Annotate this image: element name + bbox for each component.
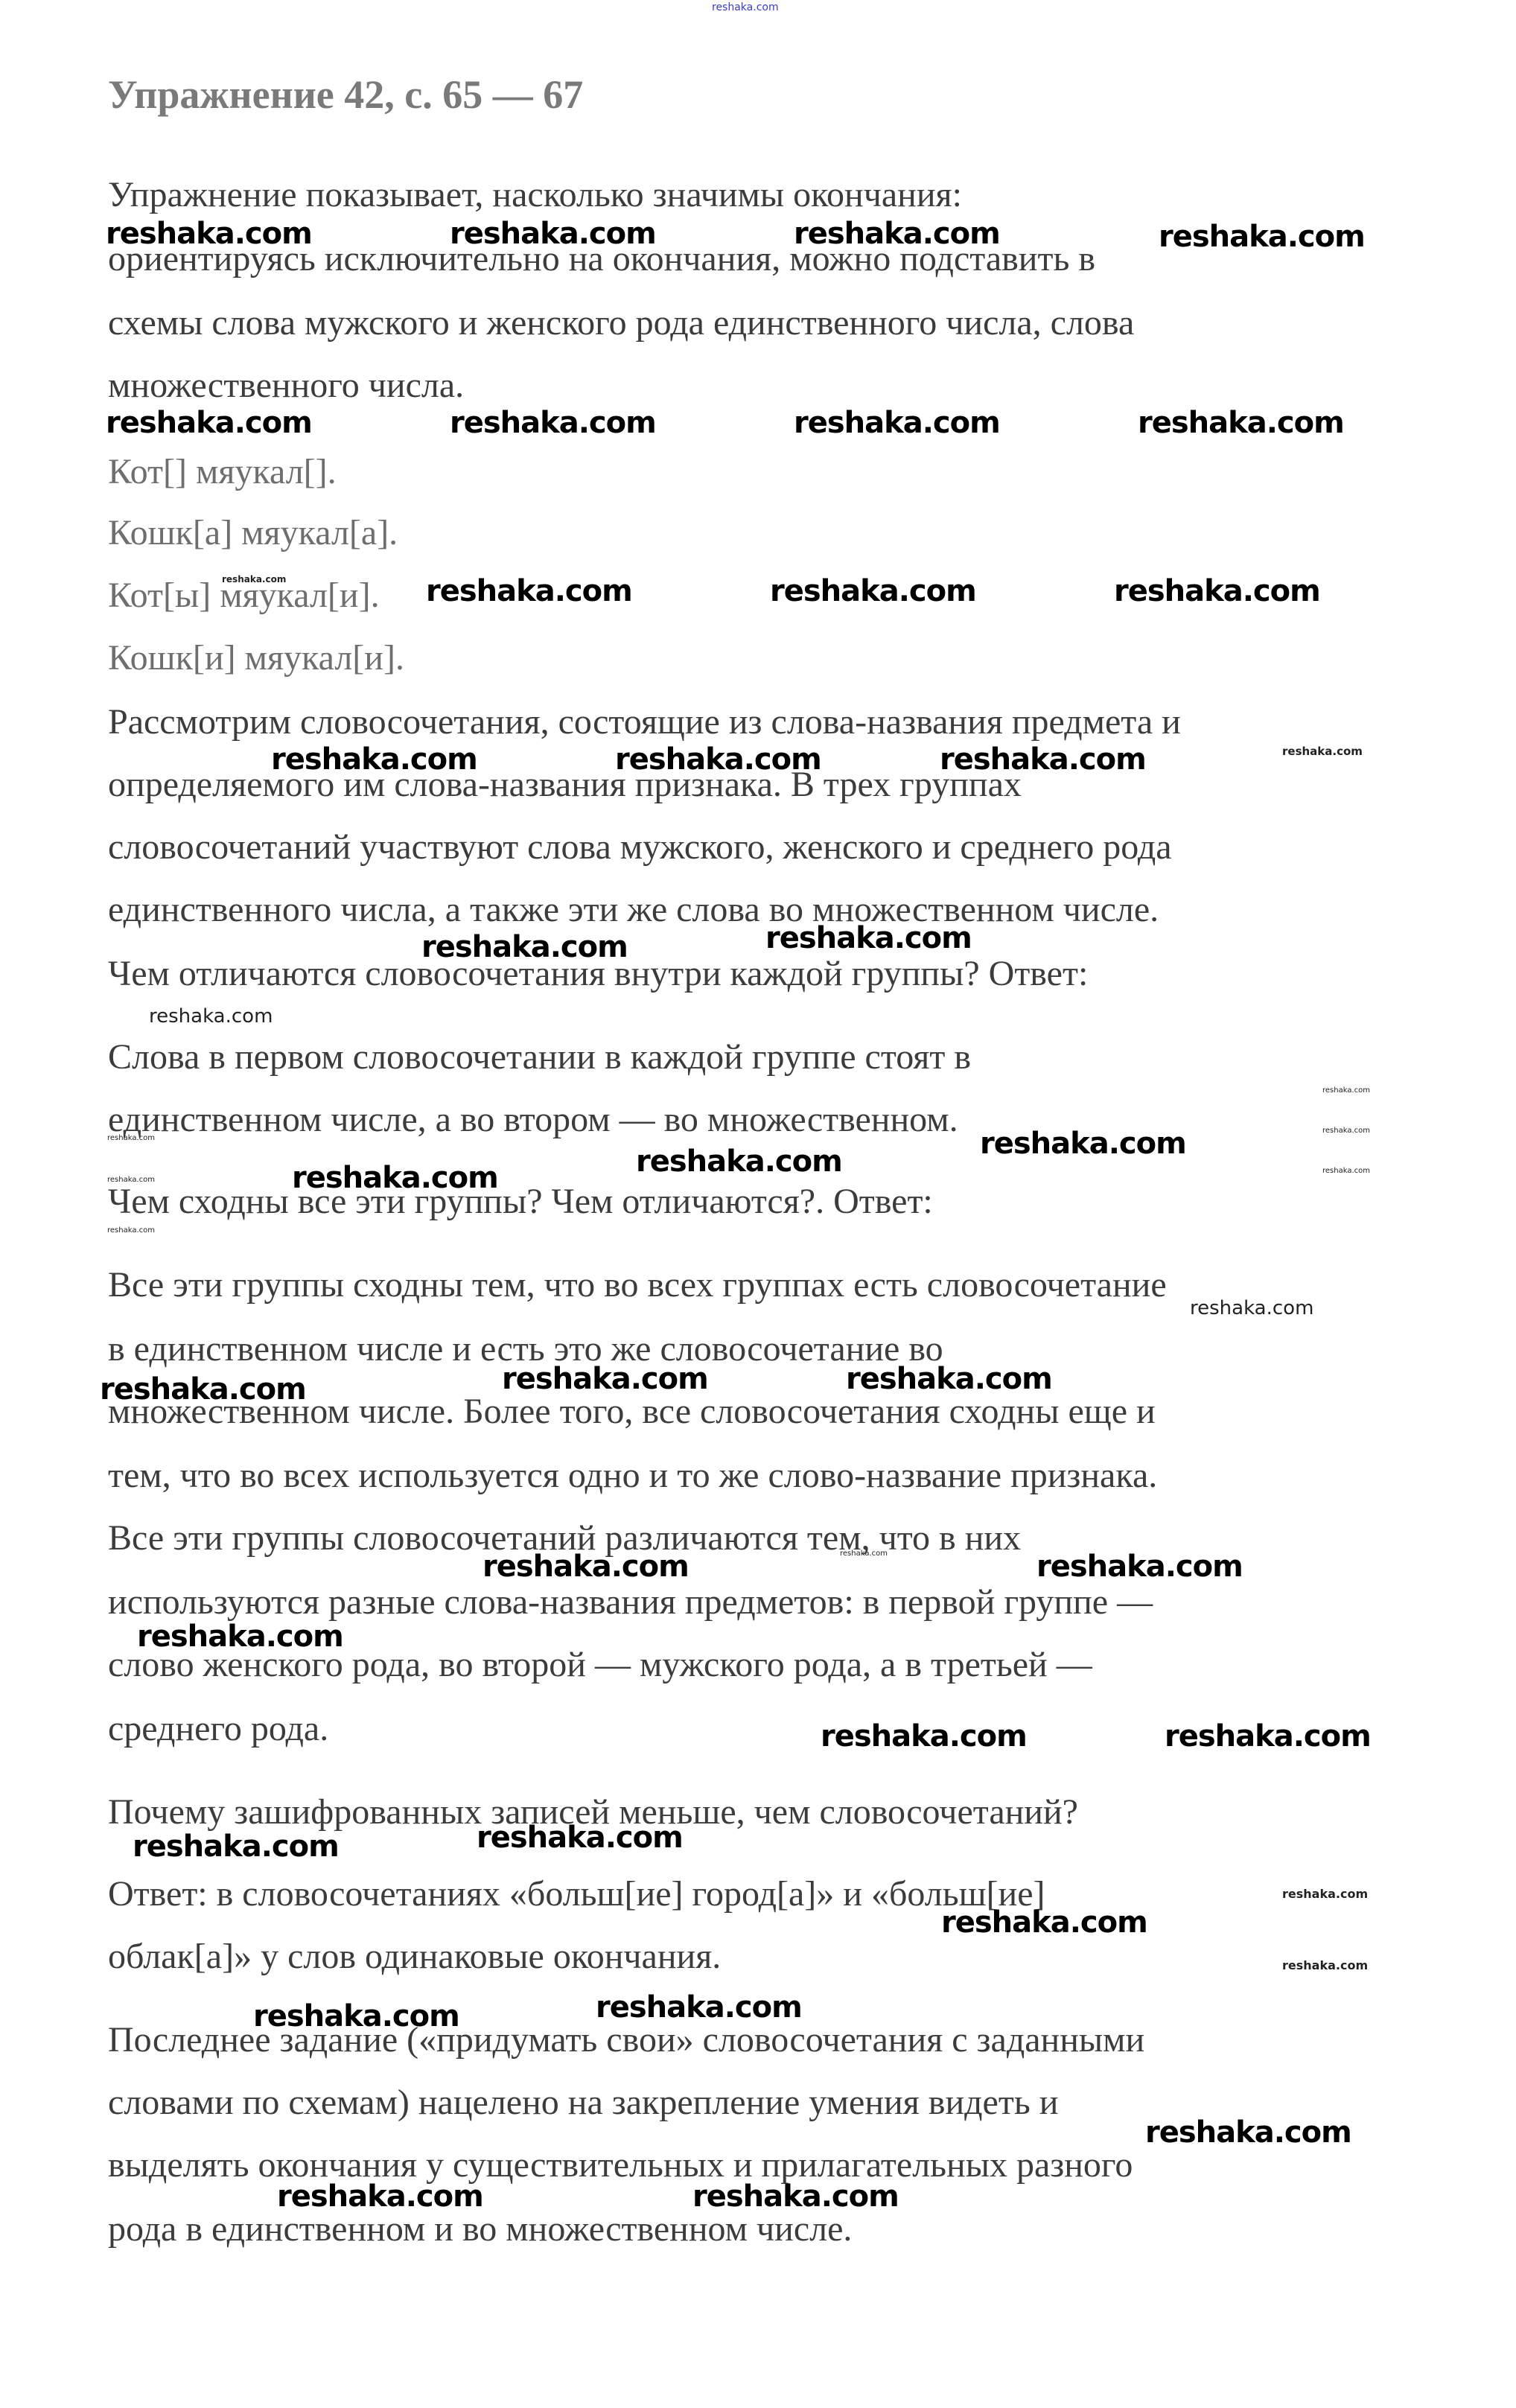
site-mark[interactable]: reshaka.com: [712, 1, 779, 13]
watermark: reshaka.com: [846, 1364, 1052, 1394]
watermark: reshaka.com: [149, 1007, 273, 1026]
watermark: reshaka.com: [821, 1721, 1027, 1751]
watermark-small: reshaka.com: [1322, 1087, 1370, 1095]
watermark-small: reshaka.com: [222, 575, 286, 584]
answer-line: используются разные слова-названия предм…: [108, 1584, 1153, 1620]
body-line: определяемого им слова-названия признака…: [108, 767, 1022, 803]
watermark: reshaka.com: [794, 408, 1000, 438]
watermark-small: reshaka.com: [107, 1176, 155, 1184]
body-line: единственного числа, а также эти же слов…: [108, 892, 1159, 928]
watermark: reshaka.com: [1165, 1721, 1371, 1751]
watermark: reshaka.com: [1114, 576, 1320, 606]
watermark: reshaka.com: [100, 1375, 306, 1404]
watermark-small: reshaka.com: [1282, 1960, 1368, 1972]
answer-line: тем, что во всех используется одно и то …: [108, 1458, 1157, 1494]
watermark: reshaka.com: [133, 1832, 339, 1861]
answer-line: Слова в первом словосочетании в каждой г…: [108, 1039, 971, 1075]
watermark: reshaka.com: [765, 923, 972, 953]
watermark-small: reshaka.com: [1322, 1127, 1370, 1135]
answer-line: среднего рода.: [108, 1711, 328, 1747]
watermark: reshaka.com: [277, 2182, 483, 2211]
body-line: схемы слова мужского и женского рода еди…: [108, 305, 1134, 341]
body-line: Рассмотрим словосочетания, состоящие из …: [108, 704, 1181, 740]
watermark: reshaka.com: [477, 1823, 683, 1853]
watermark: reshaka.com: [137, 1622, 343, 1651]
answer-line: Ответ: в словосочетаниях «больш[ие] горо…: [108, 1876, 1045, 1912]
watermark-small: reshaka.com: [1282, 746, 1363, 757]
answer-line: единственном числе, а во втором — во мно…: [108, 1102, 958, 1138]
watermark: reshaka.com: [106, 408, 312, 438]
body-line: выделять окончания у существительных и п…: [108, 2147, 1133, 2183]
body-line: словосочетаний участвуют слова мужского,…: [108, 829, 1172, 865]
watermark: reshaka.com: [292, 1163, 498, 1193]
example-line: Кошк[и] мяукал[и].: [108, 640, 404, 676]
body-line: множественного числа.: [108, 368, 464, 404]
watermark-small: reshaka.com: [840, 1550, 888, 1558]
example-line: Кот[] мяукал[].: [108, 454, 337, 490]
watermark-small: reshaka.com: [1282, 1888, 1368, 1900]
watermark-small: reshaka.com: [107, 1227, 155, 1235]
watermark: reshaka.com: [615, 745, 821, 774]
document-page: reshaka.com Упражнение 42, с. 65 — 67 Уп…: [0, 0, 1516, 2408]
question-line: Чем сходны все эти группы? Чем отличаютс…: [108, 1184, 933, 1220]
body-line: рода в единственном и во множественном ч…: [108, 2211, 852, 2247]
watermark: reshaka.com: [426, 576, 632, 606]
watermark: reshaka.com: [450, 219, 656, 249]
watermark: reshaka.com: [106, 219, 312, 249]
watermark: reshaka.com: [596, 1993, 802, 2022]
watermark: reshaka.com: [1159, 222, 1365, 252]
watermark: reshaka.com: [794, 219, 1000, 249]
watermark: reshaka.com: [940, 745, 1146, 774]
watermark: reshaka.com: [636, 1147, 842, 1176]
answer-line: облак[а]» у слов одинаковые окончания.: [108, 1939, 721, 1975]
watermark: reshaka.com: [770, 576, 976, 606]
body-line: Упражнение показывает, насколько значимы…: [108, 177, 962, 213]
watermark: reshaka.com: [941, 1908, 1147, 1937]
watermark-small: reshaka.com: [107, 1135, 155, 1142]
watermark: reshaka.com: [1138, 408, 1344, 438]
watermark: reshaka.com: [271, 745, 477, 774]
answer-line: Все эти группы сходны тем, что во всех г…: [108, 1267, 1167, 1303]
watermark: reshaka.com: [253, 2001, 459, 2031]
watermark: reshaka.com: [450, 408, 656, 438]
watermark: reshaka.com: [692, 2182, 899, 2211]
example-line: Кошк[а] мяукал[а].: [108, 515, 398, 551]
watermark-small: reshaka.com: [1322, 1168, 1370, 1175]
watermark: reshaka.com: [1145, 2118, 1351, 2147]
watermark: reshaka.com: [980, 1129, 1186, 1159]
watermark: reshaka.com: [1036, 1552, 1243, 1582]
watermark: reshaka.com: [482, 1552, 689, 1582]
body-line: словами по схемам) нацелено на закреплен…: [108, 2085, 1058, 2121]
watermark: reshaka.com: [502, 1364, 708, 1394]
page-title: Упражнение 42, с. 65 — 67: [108, 71, 583, 118]
watermark: reshaka.com: [1190, 1299, 1313, 1318]
watermark: reshaka.com: [421, 932, 628, 962]
